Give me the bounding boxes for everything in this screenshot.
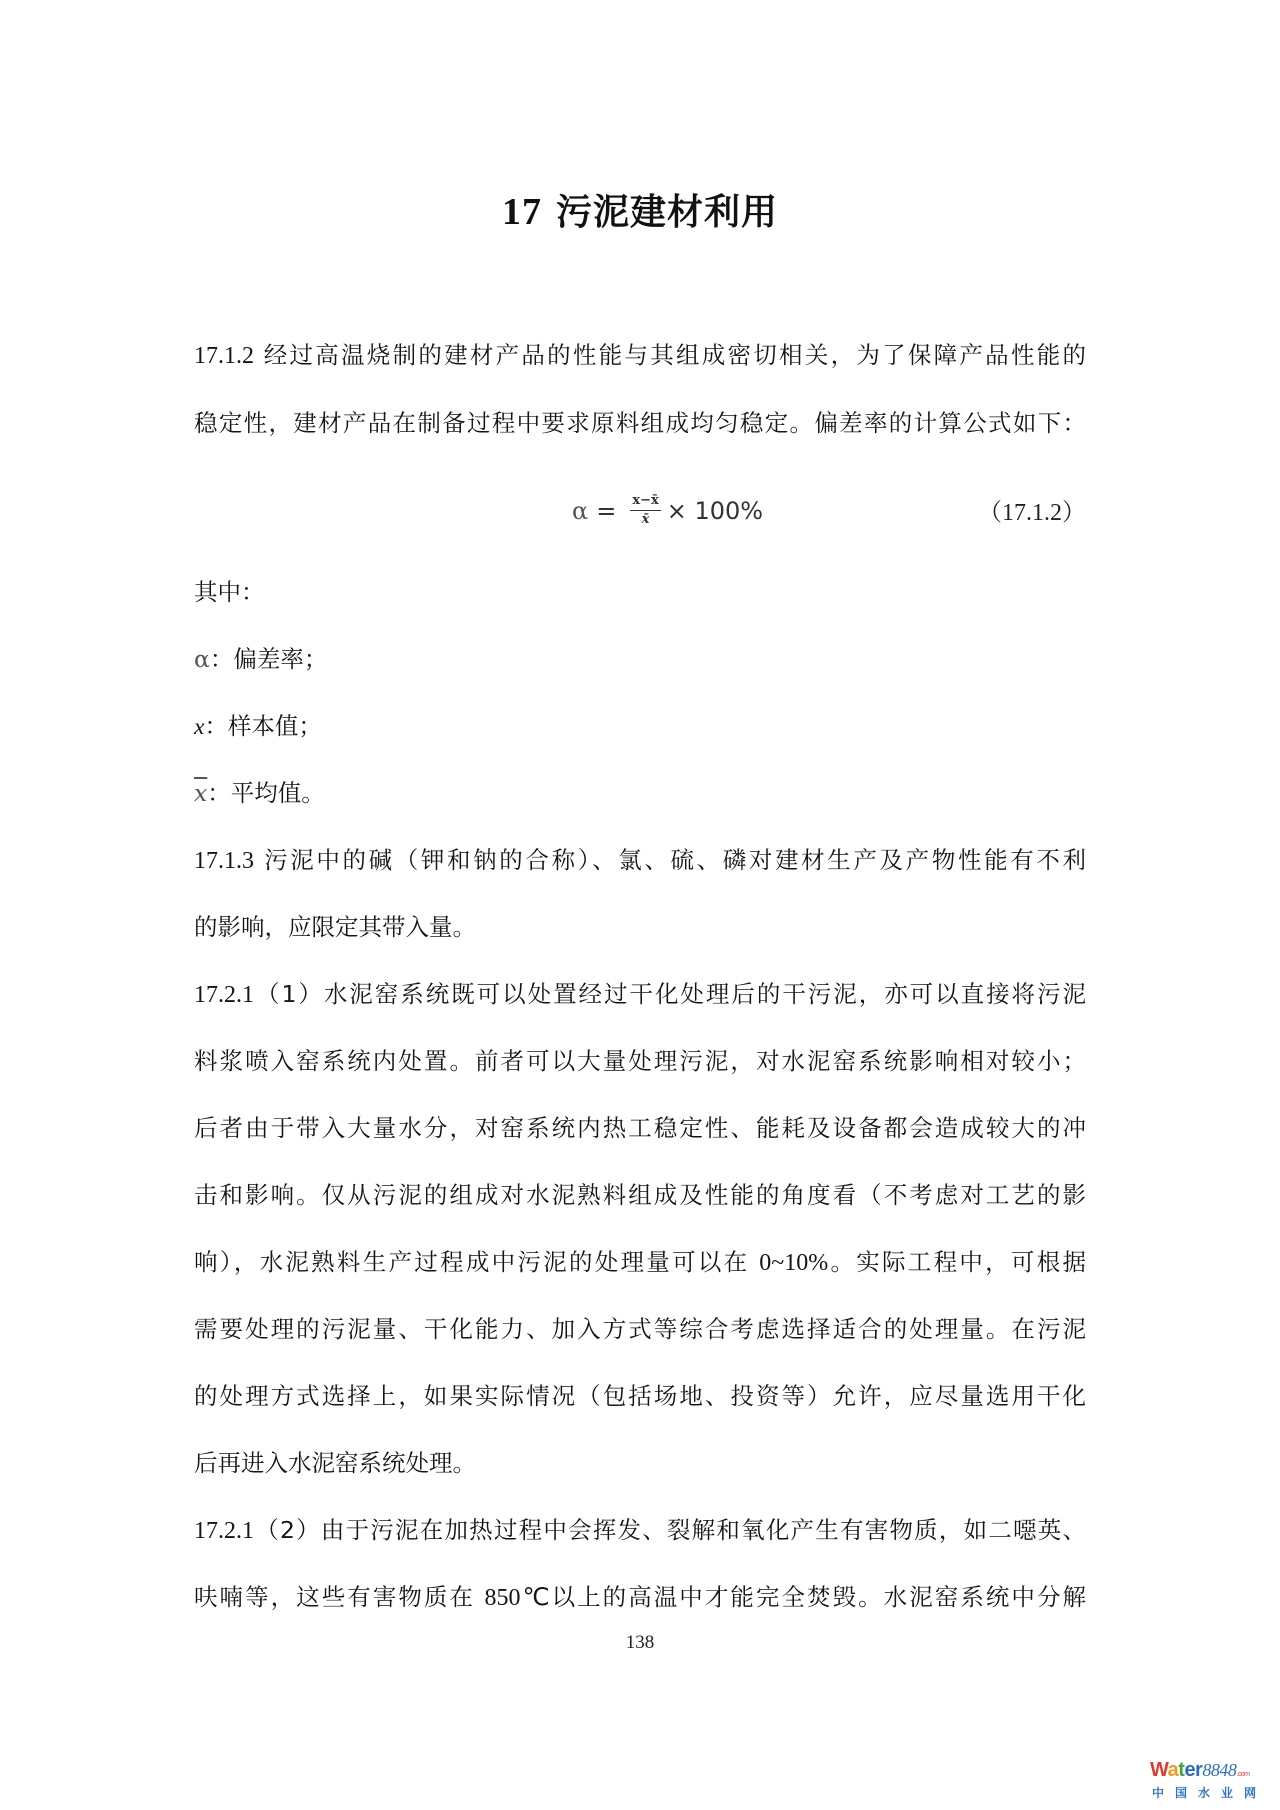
paragraph-17-2-1-2-line-2: 呋喃等，这些有害物质在 850℃以上的高温中才能完全焚毁。水泥窑系统中分解 [194, 1582, 1086, 1613]
text: 的影响，应限定其带入量。 [194, 913, 476, 941]
where-item-alpha: α：偏差率； [194, 644, 1086, 674]
formula-numerator: x−x̄ [630, 493, 660, 511]
text: 料浆喷入窑系统内处置。前者可以大量处理污泥，对水泥窑系统影响相对较小； [194, 1047, 1086, 1075]
paragraph-17-2-1-2-line-1: 17.2.1（2）由于污泥在加热过程中会挥发、裂解和氧化产生有害物质，如二噁英、 [194, 1515, 1086, 1546]
text: ：平均值。 [207, 779, 325, 807]
section-number: 17.2.1 [194, 1518, 254, 1544]
chapter-title: 17污泥建材利用 [0, 184, 1280, 235]
text: ：偏差率； [210, 645, 328, 673]
text: 的处理方式选择上，如果实际情况（包括场地、投资等）允许，应尽量选用干化 [194, 1382, 1086, 1410]
text: 后者由于带入大量水分，对窑系统内热工稳定性、能耗及设备都会造成较大的冲 [194, 1114, 1086, 1142]
watermark-brand: Water8848.com [1150, 1760, 1275, 1785]
paragraph-17-2-1-1-line-8: 后再进入水泥窑系统处理。 [194, 1448, 1086, 1478]
formula-times-100-percent: × 100% [667, 497, 763, 525]
paragraph-17-2-1-1-line-6: 需要处理的污泥量、干化能力、加入方式等综合考虑选择适合的处理量。在污泥 [194, 1314, 1086, 1344]
percentage-range: 0~10% [759, 1250, 828, 1276]
formula-equals: = [596, 497, 616, 525]
symbol-alpha: α [194, 645, 210, 673]
text: W [1150, 1759, 1168, 1781]
text: 以上的高温中才能完全焚毁。水泥窑系统中分解 [552, 1583, 1086, 1611]
formula-fraction: x−x̄ x̄ [630, 493, 660, 529]
section-number: 17.2.1 [194, 982, 254, 1008]
formula-denominator: x̄ [642, 511, 650, 529]
where-item-xbar: x：平均值。 [194, 778, 1086, 808]
paragraph-17-1-2-line-1: 17.1.2 经过高温烧制的建材产品的性能与其组成密切相关，为了保障产品性能的 [194, 340, 1086, 371]
equation-number: （17.1.2） [978, 492, 1086, 527]
text: 污泥中的碱（钾和钠的合称）、氯、硫、磷对建材生产及产物性能有不利 [254, 846, 1086, 874]
watermark-logo: Water8848.com 中国水业网 [1150, 1760, 1275, 1805]
text: er [1184, 1759, 1202, 1781]
text: 需要处理的污泥量、干化能力、加入方式等综合考虑选择适合的处理量。在污泥 [194, 1315, 1086, 1343]
page-number: 138 [0, 1632, 1280, 1654]
text: （2）由于污泥在加热过程中会挥发、裂解和氧化产生有害物质，如二噁英、 [254, 1516, 1086, 1544]
formula-alpha: α [572, 497, 588, 525]
text: 。实际工程中，可根据 [828, 1248, 1086, 1276]
paragraph-17-2-1-1-line-1: 17.2.1（1）水泥窑系统既可以处置经过干化处理后的干污泥，亦可以直接将污泥 [194, 979, 1086, 1010]
symbol-x-bar: x [194, 779, 207, 807]
section-number: 17.1.3 [194, 848, 254, 874]
paragraph-17-2-1-1-line-7: 的处理方式选择上，如果实际情况（包括场地、投资等）允许，应尽量选用干化 [194, 1381, 1086, 1411]
text: 8848 [1202, 1760, 1236, 1780]
text: （1）水泥窑系统既可以处置经过干化处理后的干污泥，亦可以直接将污泥 [254, 980, 1086, 1008]
paragraph-17-2-1-1-line-4: 击和影响。仅从污泥的组成对水泥熟料组成及性能的角度看（不考虑对工艺的影 [194, 1180, 1086, 1210]
document-page: 17污泥建材利用 17.1.2 经过高温烧制的建材产品的性能与其组成密切相关，为… [0, 0, 1280, 1810]
paragraph-17-1-3-line-1: 17.1.3 污泥中的碱（钾和钠的合称）、氯、硫、磷对建材生产及产物性能有不利 [194, 845, 1086, 876]
text: a [1168, 1759, 1179, 1781]
symbol-x: x [194, 714, 204, 740]
chapter-number: 17 [502, 191, 542, 233]
text: 经过高温烧制的建材产品的性能与其组成密切相关，为了保障产品性能的 [254, 341, 1086, 369]
paragraph-17-2-1-1-line-3: 后者由于带入大量水分，对窑系统内热工稳定性、能耗及设备都会造成较大的冲 [194, 1113, 1086, 1143]
text: .com [1236, 1771, 1249, 1778]
paragraph-17-1-2-line-2: 稳定性，建材产品在制备过程中要求原料组成均匀稳定。偏差率的计算公式如下： [194, 408, 1086, 438]
text: ：样本值； [204, 712, 322, 740]
chapter-title-text: 污泥建材利用 [556, 192, 778, 233]
paragraph-17-2-1-1-line-5: 响），水泥熟料生产过程成中污泥的处理量可以在 0~10%。实际工程中，可根据 [194, 1247, 1086, 1278]
watermark-chinese: 中国水业网 [1152, 1785, 1275, 1801]
text: 呋喃等，这些有害物质在 [194, 1583, 485, 1611]
text: 其中： [194, 578, 265, 606]
where-item-x: x：样本值； [194, 711, 1086, 742]
text: 响），水泥熟料生产过程成中污泥的处理量可以在 [194, 1248, 759, 1276]
paragraph-17-1-3-line-2: 的影响，应限定其带入量。 [194, 912, 1086, 942]
where-label: 其中： [194, 577, 1086, 607]
text: 击和影响。仅从污泥的组成对水泥熟料组成及性能的角度看（不考虑对工艺的影 [194, 1181, 1086, 1209]
temperature-value: 850℃ [485, 1585, 552, 1611]
paragraph-17-2-1-1-line-2: 料浆喷入窑系统内处置。前者可以大量处理污泥，对水泥窑系统影响相对较小； [194, 1046, 1086, 1076]
deviation-rate-formula: α = x−x̄ x̄ × 100% [572, 486, 763, 536]
text: 后再进入水泥窑系统处理。 [194, 1449, 476, 1477]
section-number: 17.1.2 [194, 343, 254, 369]
text: 稳定性，建材产品在制备过程中要求原料组成均匀稳定。偏差率的计算公式如下： [194, 409, 1086, 437]
